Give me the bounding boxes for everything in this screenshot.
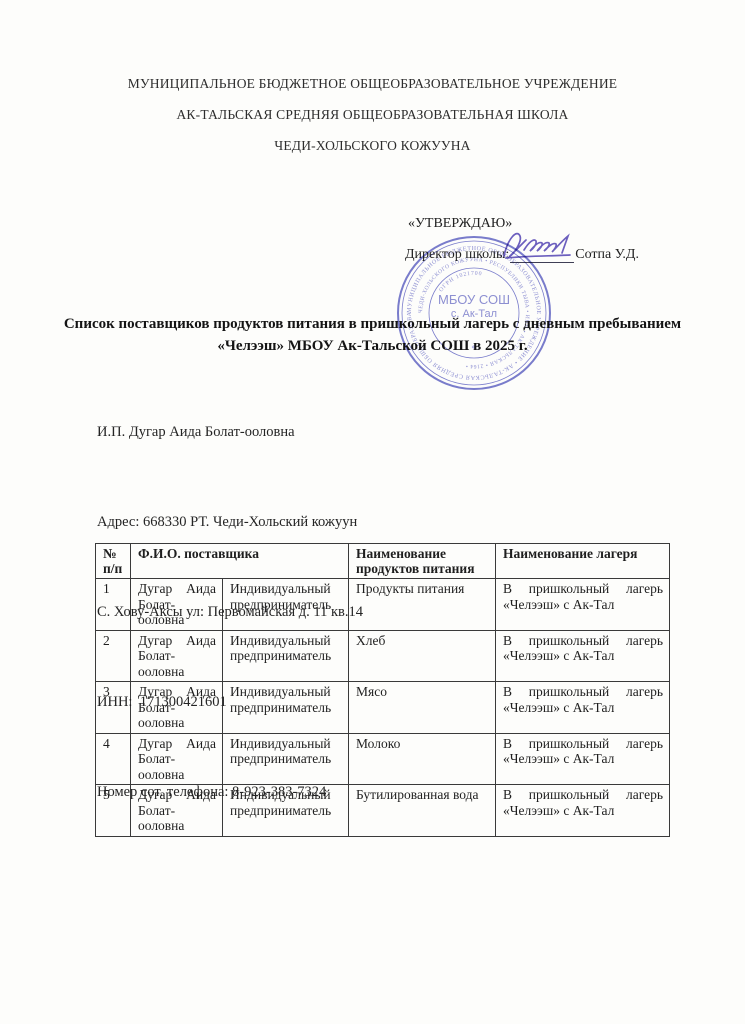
supplier-address: Адрес: 668330 РТ. Чеди-Хольский кожуун bbox=[97, 507, 363, 537]
cell-product: Мясо bbox=[349, 682, 496, 734]
letterhead-line-1: МУНИЦИПАЛЬНОЕ БЮДЖЕТНОЕ ОБЩЕОБРАЗОВАТЕЛЬ… bbox=[0, 68, 745, 99]
cell-product: Хлеб bbox=[349, 630, 496, 682]
supplier-info: И.П. Дугар Аида Болат-ооловна Адрес: 668… bbox=[97, 357, 363, 867]
cell-product: Бутилированная вода bbox=[349, 785, 496, 837]
letterhead-line-2: АК-ТАЛЬСКАЯ СРЕДНЯЯ ОБЩЕОБРАЗОВАТЕЛЬНАЯ … bbox=[0, 99, 745, 130]
supplier-inn: ИНН: 171300421601 bbox=[97, 687, 363, 717]
seal-center-line-1: МБОУ СОШ bbox=[438, 292, 510, 307]
approval-block: «УТВЕРЖДАЮ» Директор школы: Сотпа У.Д. bbox=[405, 216, 695, 263]
cell-camp: В пришкольный лагерь «Челээш» с Ак-Тал bbox=[496, 579, 670, 631]
supplier-phone: Номер сот. телефона: 8-923-383-7324 bbox=[97, 777, 363, 807]
cell-camp: В пришкольный лагерь «Челээш» с Ак-Тал bbox=[496, 682, 670, 734]
header-product: Наименование продуктов питания bbox=[349, 544, 496, 579]
document-title: Список поставщиков продуктов питания в п… bbox=[28, 313, 717, 357]
seal-ogrn-text: ОГРН 1021700 bbox=[438, 271, 482, 294]
letterhead-line-3: ЧЕДИ-ХОЛЬСКОГО КОЖУУНА bbox=[0, 130, 745, 161]
letterhead: МУНИЦИПАЛЬНОЕ БЮДЖЕТНОЕ ОБЩЕОБРАЗОВАТЕЛЬ… bbox=[0, 68, 745, 161]
cell-camp: В пришкольный лагерь «Челээш» с Ак-Тал bbox=[496, 630, 670, 682]
document-title-line-1: Список поставщиков продуктов питания в п… bbox=[28, 313, 717, 335]
header-camp: Наименование лагеря bbox=[496, 544, 670, 579]
document-title-line-2: «Челээш» МБОУ Ак-Тальской СОШ в 2025 г. bbox=[28, 335, 717, 357]
cell-product: Молоко bbox=[349, 733, 496, 785]
signature-underline bbox=[510, 248, 574, 263]
scanned-document-page: МУНИЦИПАЛЬНОЕ БЮДЖЕТНОЕ ОБЩЕОБРАЗОВАТЕЛЬ… bbox=[0, 0, 745, 1024]
supplier-street: С. Хову-Аксы ул: Первомайская д. 11 кв.1… bbox=[97, 597, 363, 627]
cell-camp: В пришкольный лагерь «Челээш» с Ак-Тал bbox=[496, 785, 670, 837]
handwritten-signature bbox=[498, 226, 586, 266]
supplier-entrepreneur: И.П. Дугар Аида Болат-ооловна bbox=[97, 417, 363, 447]
director-label: Директор школы: bbox=[405, 247, 509, 263]
director-signature-line: Директор школы: Сотпа У.Д. bbox=[405, 247, 695, 263]
cell-camp: В пришкольный лагерь «Челээш» с Ак-Тал bbox=[496, 733, 670, 785]
cell-product: Продукты питания bbox=[349, 579, 496, 631]
